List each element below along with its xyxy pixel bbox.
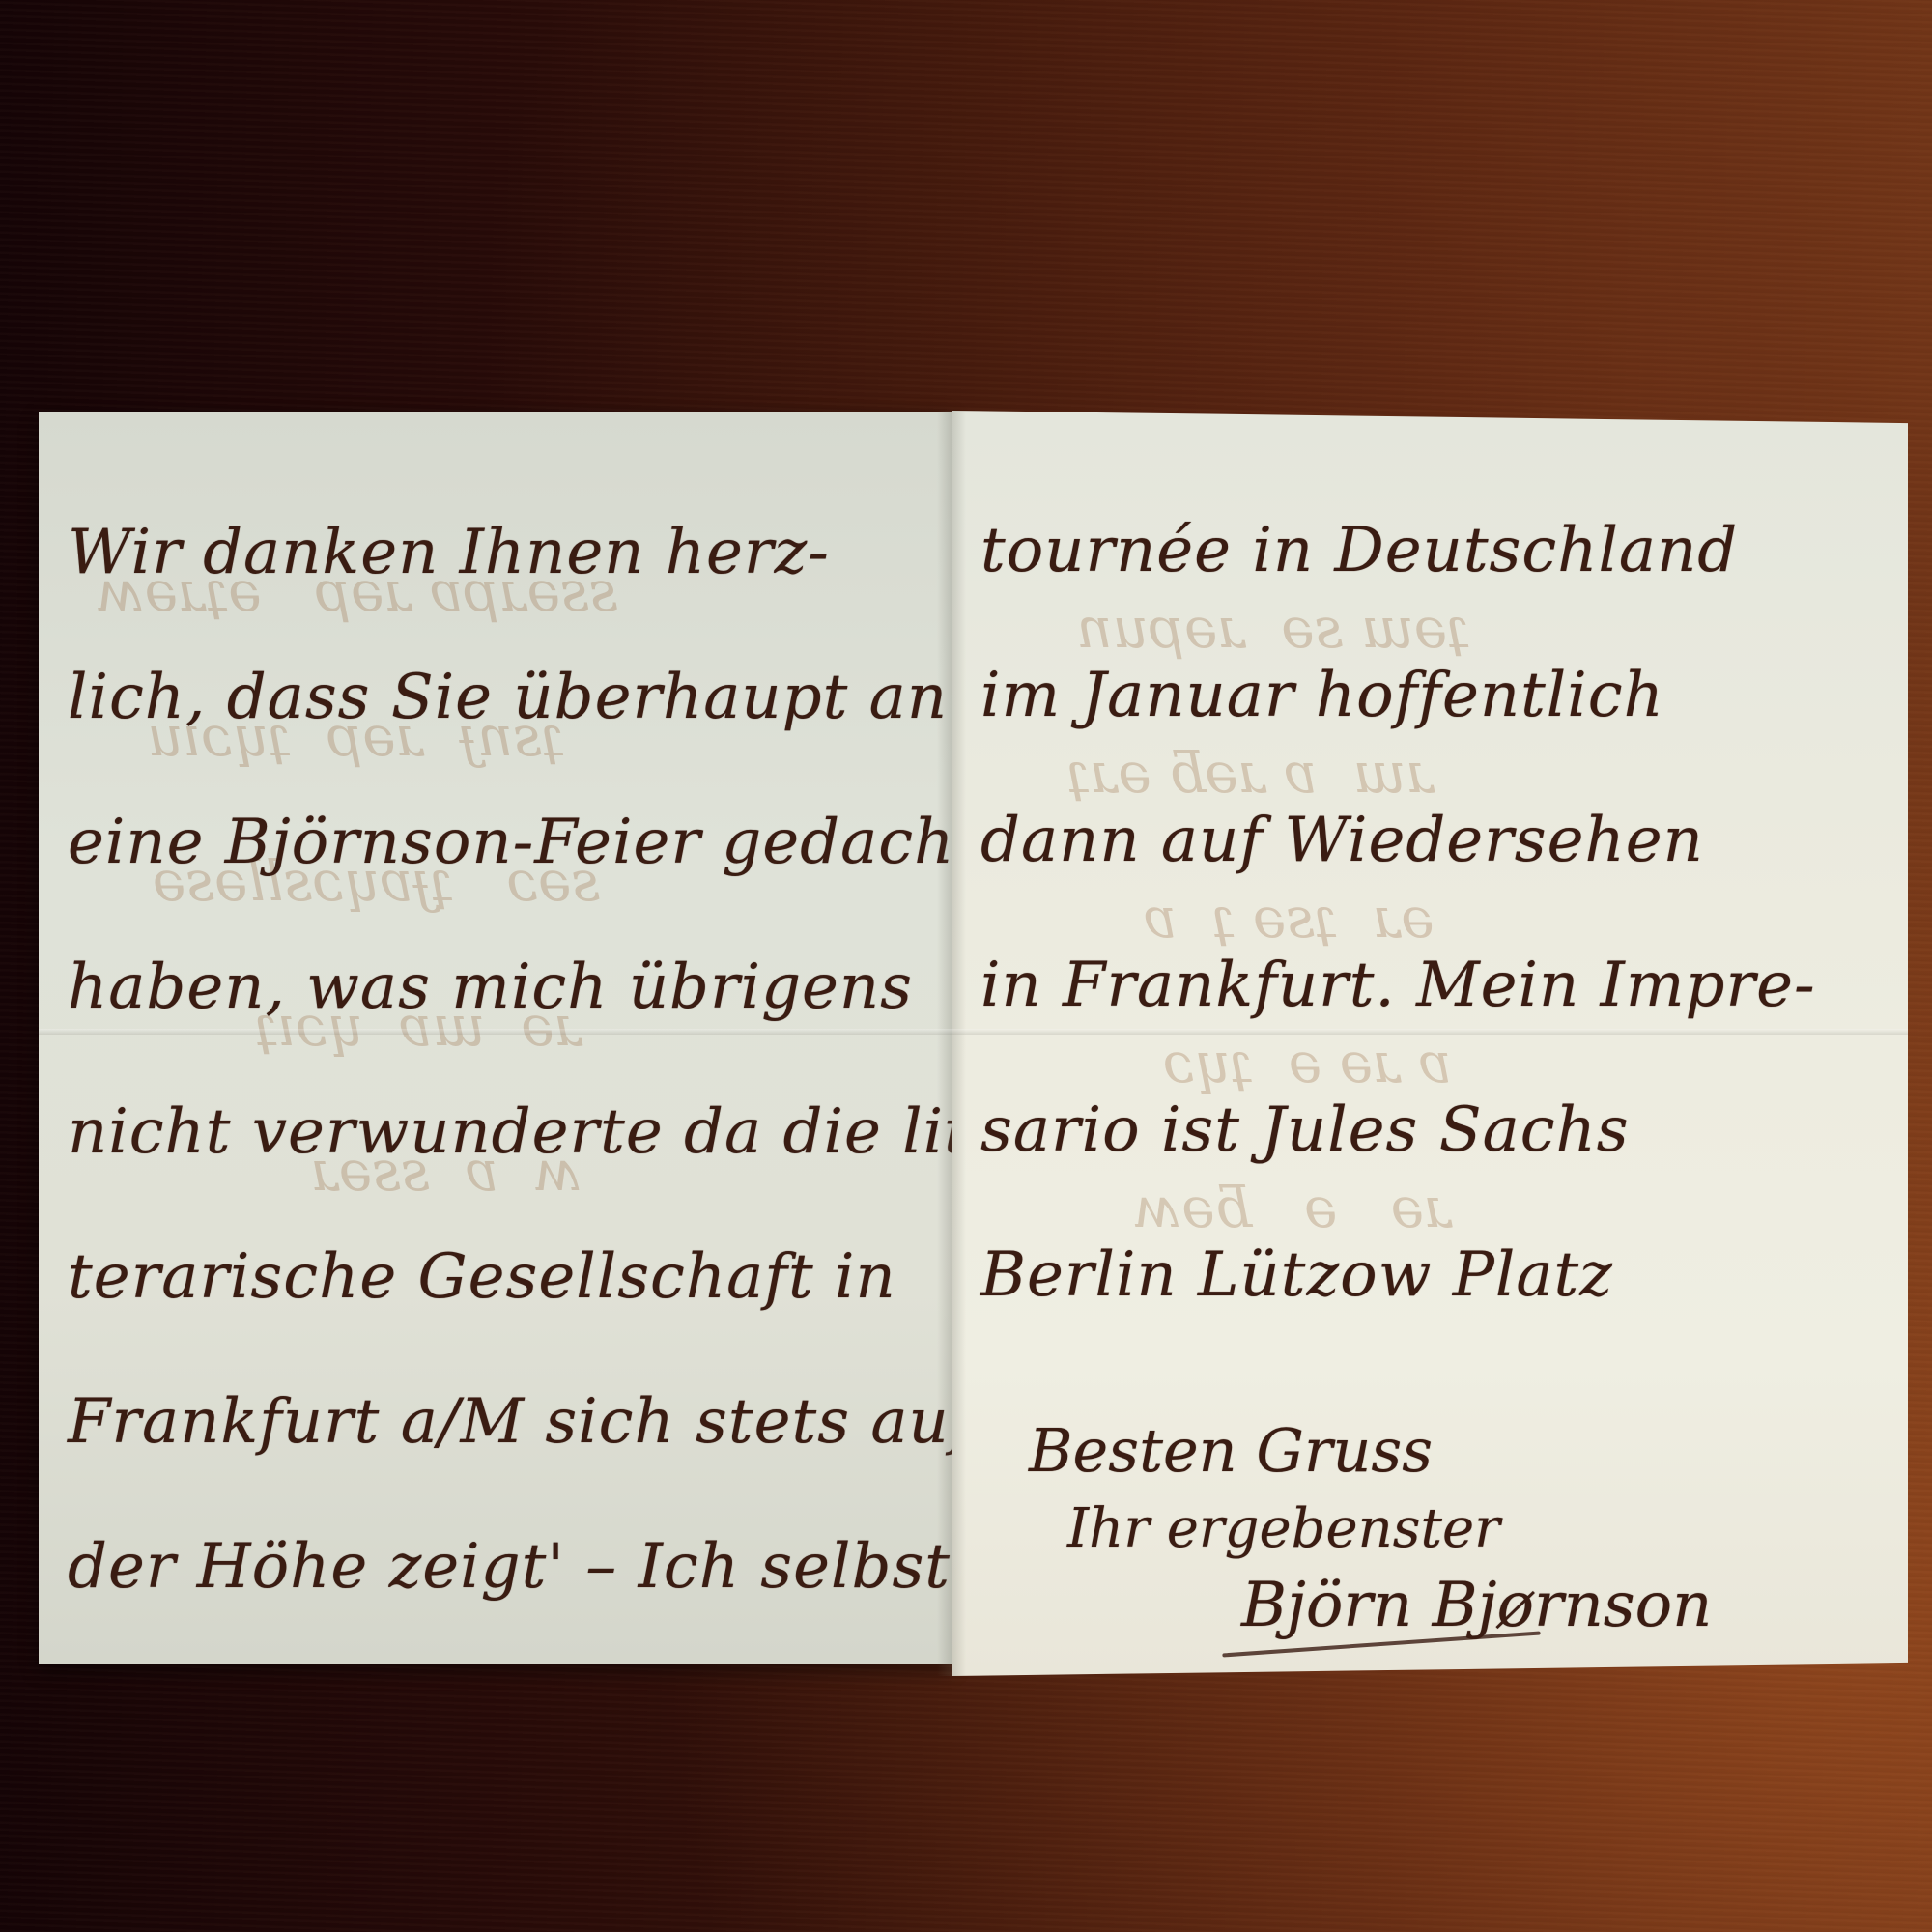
left-page-handwriting: Wir danken Ihnen herz- lich, dass Sie üb… [68, 480, 952, 1639]
handwritten-line: der Höhe zeigt' – Ich selbst [68, 1494, 952, 1639]
letter-left-page: ssəɹpɐ ɹǝp ǝʇɹǝʍ ʇsnɟ ɹǝp ʇɥɔıu sǝɔ ʇɟɐɥ… [39, 412, 952, 1664]
handwritten-line: Wir danken Ihnen herz- [68, 480, 952, 625]
handwritten-line: lich, dass Sie überhaupt an [68, 625, 952, 770]
handwritten-line: im Januar hoffentlich [980, 623, 1816, 768]
closing-greeting: Besten Gruss [1029, 1415, 1433, 1486]
handwritten-line: Frankfurt a/M sich stets auf [68, 1350, 952, 1494]
handwritten-line: terarische Gesellschaft in [68, 1205, 952, 1350]
handwritten-line: tournée in Deutschland [980, 478, 1816, 623]
handwritten-line: eine Björnson-Feier gedacht [68, 770, 952, 915]
handwritten-line: dann auf Wiedersehen [980, 768, 1816, 913]
handwritten-line: Berlin Lützow Platz [980, 1203, 1816, 1348]
handwritten-line: sario ist Jules Sachs [980, 1058, 1816, 1203]
handwritten-line: haben, was mich übrigens [68, 915, 952, 1060]
right-page-handwriting: tournée in Deutschland im Januar hoffent… [980, 478, 1816, 1348]
letter-right-page: ʇǝɯ sǝ ɹǝpun ɹɯ ɐ ɹǝƃ ǝɹʇ ǝɹ ʇsǝ ʇ ɐ ɐ ɹ… [952, 411, 1908, 1676]
open-letter: ssəɹpɐ ɹǝp ǝʇɹǝʍ ʇsnɟ ɹǝp ʇɥɔıu sǝɔ ʇɟɐɥ… [39, 411, 1908, 1676]
handwritten-line: nicht verwunderte da die lit- [68, 1060, 952, 1205]
closing-valediction: Ihr ergebenster [1067, 1497, 1500, 1560]
signature: Björn Bjørnson [1241, 1570, 1712, 1641]
handwritten-line: in Frankfurt. Mein Impre- [980, 913, 1816, 1058]
